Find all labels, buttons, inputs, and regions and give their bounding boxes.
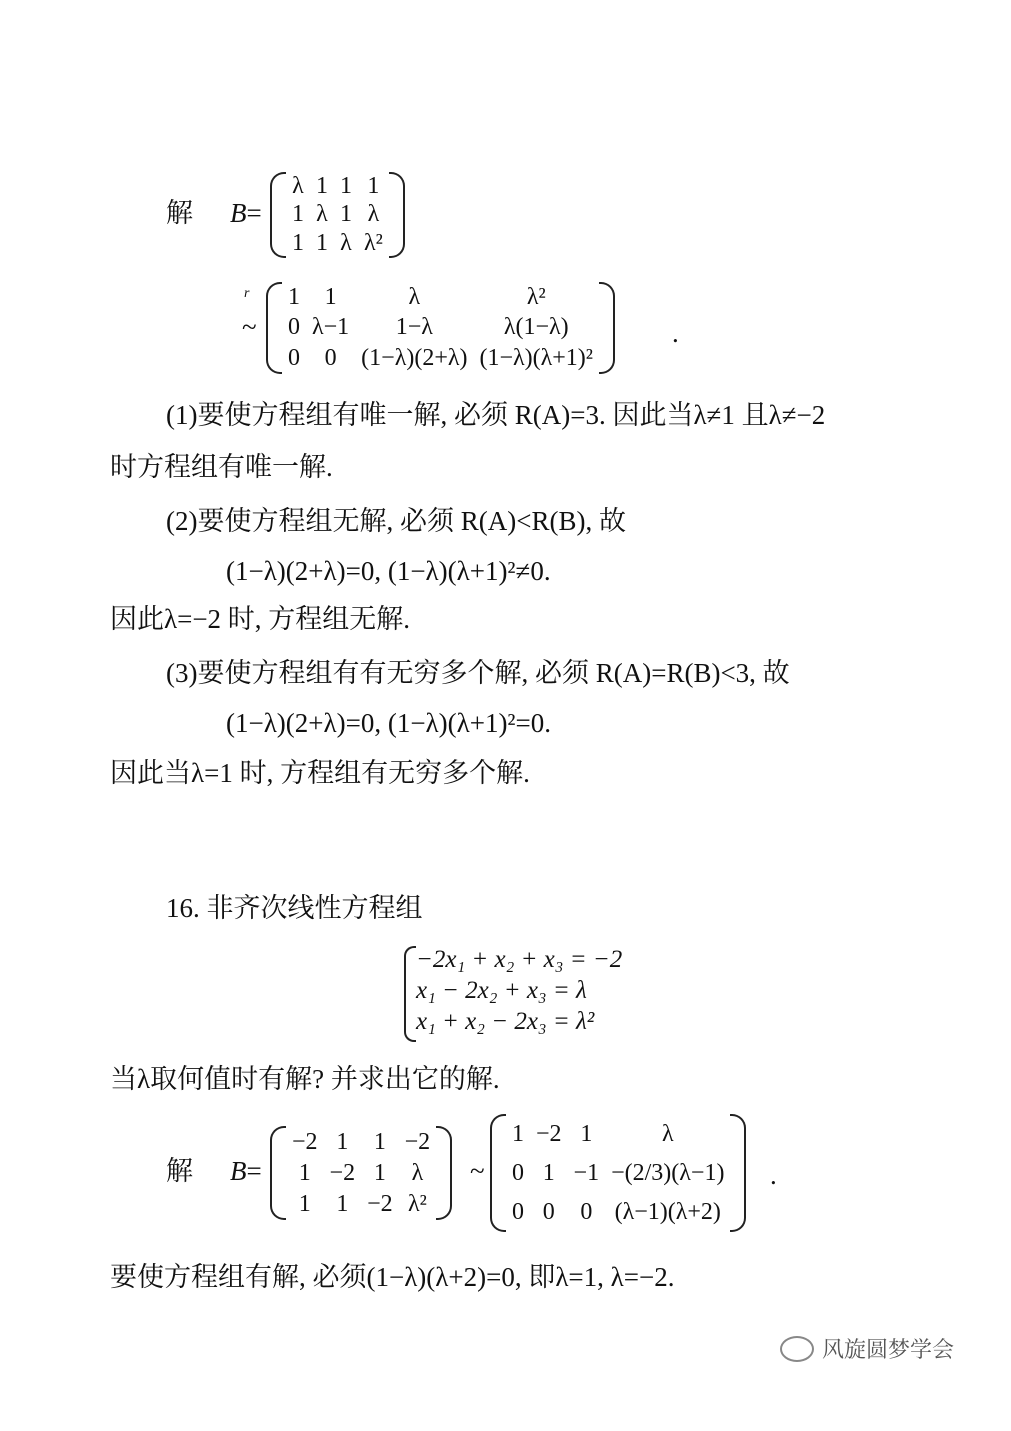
matrix-cell: −1 xyxy=(568,1153,606,1192)
matrix-row: 00(1−λ)(2+λ)(1−λ)(λ+1)² xyxy=(282,343,599,374)
matrix-cell: 0 xyxy=(530,1193,568,1232)
matrix-cell: 1 xyxy=(310,172,334,201)
matrix-cell: 1 xyxy=(361,1157,399,1188)
matrix-cell: 1 xyxy=(334,201,358,230)
period: . xyxy=(672,318,679,348)
equation-2: x₁ − 2x₂ + x₃ = λ xyxy=(416,975,622,1006)
matrix-cell: λ(1−λ) xyxy=(473,313,599,344)
matrix-cell: (λ−1)(λ+2) xyxy=(605,1193,730,1232)
matrix-cell: 0 xyxy=(282,313,306,344)
matrix-cell: 1 xyxy=(286,1157,324,1188)
case1-line2: 时方程组有唯一解. xyxy=(110,452,333,482)
matrix-row: 1−21λ xyxy=(506,1114,730,1153)
matrix-row: λ111 xyxy=(286,172,389,201)
matrix-cell: λ² xyxy=(473,282,599,313)
row-equiv-label: r xyxy=(244,286,249,302)
matrix-row: 11−2λ² xyxy=(286,1189,436,1220)
equation-3: x₁ + x₂ − 2x₃ = λ² xyxy=(416,1006,622,1037)
matrix-cell: −(2/3)(λ−1) xyxy=(605,1153,730,1192)
matrix-cell: 1−λ xyxy=(355,313,473,344)
matrix-cell: 0 xyxy=(506,1193,530,1232)
matrix-cell: 1 xyxy=(361,1126,399,1157)
case2-equation: (1−λ)(2+λ)=0, (1−λ)(λ+1)²≠0. xyxy=(226,556,551,586)
matrix-cell: λ−1 xyxy=(306,313,355,344)
matrix-cell: (1−λ)(2+λ) xyxy=(355,343,473,374)
matrix-cell: −2 xyxy=(399,1126,437,1157)
matrix-cell: −2 xyxy=(530,1114,568,1153)
matrix-lhs: B= xyxy=(230,198,262,228)
matrix-cell: (1−λ)(λ+1)² xyxy=(473,343,599,374)
matrix-cell: 1 xyxy=(306,282,355,313)
matrix-cell: −2 xyxy=(286,1126,324,1157)
matrix-B-16: −211−21−21λ11−2λ² xyxy=(270,1126,452,1220)
row-equiv-symbol-2: ~ xyxy=(470,1156,485,1186)
matrix-reduced: 11λλ²0λ−11−λλ(1−λ)00(1−λ)(2+λ)(1−λ)(λ+1)… xyxy=(266,282,615,374)
matrix-row: 0λ−11−λλ(1−λ) xyxy=(282,313,599,344)
matrix-row: 1λ1λ xyxy=(286,201,389,230)
matrix-row: 01−1−(2/3)(λ−1) xyxy=(506,1153,730,1192)
matrix-cell: 1 xyxy=(506,1114,530,1153)
matrix-lhs-2: B= xyxy=(230,1156,262,1186)
watermark-text: 风旋圆梦学会 xyxy=(822,1333,954,1364)
case2-line1: (2)要使方程组无解, 必须 R(A)<R(B), 故 xyxy=(166,506,626,536)
matrix-row: 11λλ² xyxy=(282,282,599,313)
matrix-cell: 0 xyxy=(282,343,306,374)
matrix-row: 1−21λ xyxy=(286,1157,436,1188)
equation-system: −2x₁ + x₂ + x₃ = −2 x₁ − 2x₂ + x₃ = λ x₁… xyxy=(416,944,622,1037)
wechat-icon xyxy=(780,1336,814,1362)
matrix-cell: 1 xyxy=(286,1189,324,1220)
matrix-cell: 1 xyxy=(310,229,334,258)
case1-line1: (1)要使方程组有唯一解, 必须 R(A)=3. 因此当λ≠1 且λ≠−2 xyxy=(166,400,825,430)
case3-line1: (3)要使方程组有有无穷多个解, 必须 R(A)=R(B)<3, 故 xyxy=(166,658,790,688)
matrix-cell: λ² xyxy=(358,229,389,258)
matrix-cell: 1 xyxy=(286,201,310,230)
matrix-row: 000(λ−1)(λ+2) xyxy=(506,1193,730,1232)
matrix-row: 11λλ² xyxy=(286,229,389,258)
matrix-cell: λ xyxy=(286,172,310,201)
matrix-cell: 1 xyxy=(334,172,358,201)
matrix-cell: λ xyxy=(399,1157,437,1188)
case3-line3: 因此当λ=1 时, 方程组有无穷多个解. xyxy=(110,758,530,788)
system-brace xyxy=(404,946,416,1042)
matrix-cell: 1 xyxy=(530,1153,568,1192)
matrix-cell: 1 xyxy=(324,1189,362,1220)
matrix-reduced-16: 1−21λ01−1−(2/3)(λ−1)000(λ−1)(λ+2) xyxy=(490,1114,746,1232)
case3-equation: (1−λ)(2+λ)=0, (1−λ)(λ+1)²=0. xyxy=(226,708,551,738)
conclusion: 要使方程组有解, 必须(1−λ)(λ+2)=0, 即λ=1, λ=−2. xyxy=(110,1262,674,1292)
matrix-B: λ1111λ1λ11λλ² xyxy=(270,172,405,258)
case2-line3: 因此λ=−2 时, 方程组无解. xyxy=(110,604,410,634)
row-equiv-symbol: ~ xyxy=(242,312,257,342)
solution-label: 解 xyxy=(166,198,193,228)
matrix-cell: 1 xyxy=(568,1114,606,1153)
matrix-cell: λ xyxy=(605,1114,730,1153)
matrix-cell: 0 xyxy=(506,1153,530,1192)
matrix-cell: λ xyxy=(355,282,473,313)
watermark: 风旋圆梦学会 xyxy=(780,1333,954,1364)
matrix-cell: 1 xyxy=(358,172,389,201)
matrix-cell: 0 xyxy=(568,1193,606,1232)
matrix-cell: −2 xyxy=(361,1189,399,1220)
matrix-cell: λ xyxy=(310,201,334,230)
matrix-cell: λ xyxy=(358,201,389,230)
matrix-cell: 1 xyxy=(324,1126,362,1157)
matrix-cell: 1 xyxy=(282,282,306,313)
matrix-cell: λ² xyxy=(399,1189,437,1220)
problem-question: 当λ取何值时有解? 并求出它的解. xyxy=(110,1064,500,1094)
matrix-cell: 1 xyxy=(286,229,310,258)
period-2: . xyxy=(770,1160,777,1190)
equation-1: −2x₁ + x₂ + x₃ = −2 xyxy=(416,944,622,975)
matrix-row: −211−2 xyxy=(286,1126,436,1157)
solution-label-2: 解 xyxy=(166,1156,193,1186)
matrix-cell: −2 xyxy=(324,1157,362,1188)
problem-title: 16. 非齐次线性方程组 xyxy=(166,893,423,923)
matrix-cell: 0 xyxy=(306,343,355,374)
matrix-cell: λ xyxy=(334,229,358,258)
